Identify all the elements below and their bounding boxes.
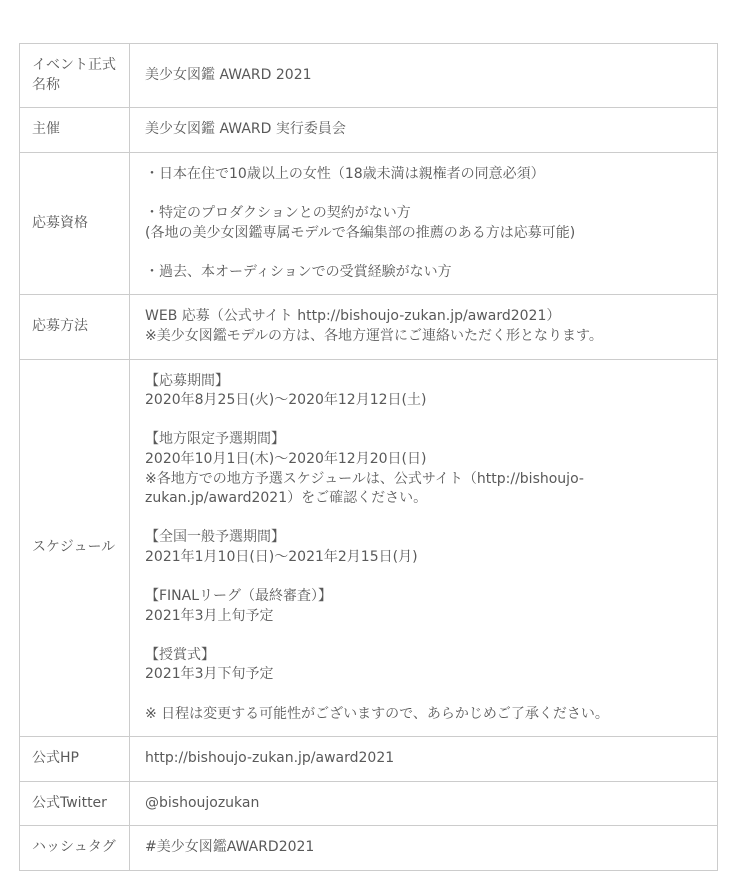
row-label-official-twitter: 公式Twitter	[20, 781, 130, 826]
row-value-official-twitter: @bishoujozukan	[130, 781, 718, 826]
table-row-hashtag: ハッシュタグ #美少女図鑑AWARD2021	[20, 826, 718, 871]
table-row-eligibility: 応募資格 ・日本在住で10歳以上の女性（18歳未満は親権者の同意必須） ・特定の…	[20, 152, 718, 295]
row-label-organizer: 主催	[20, 108, 130, 153]
page: イベント正式名称 美少女図鑑 AWARD 2021 主催 美少女図鑑 AWARD…	[0, 0, 740, 891]
row-value-schedule: 【応募期間】 2020年8月25日(火)～2020年12月12日(土) 【地方限…	[130, 359, 718, 737]
table-row-application-method: 応募方法 WEB 応募（公式サイト http://bishoujo-zukan.…	[20, 295, 718, 359]
table-row-official-hp: 公式HP http://bishoujo-zukan.jp/award2021	[20, 737, 718, 782]
table-row-event-name: イベント正式名称 美少女図鑑 AWARD 2021	[20, 44, 718, 108]
row-label-schedule: スケジュール	[20, 359, 130, 737]
row-label-application-method: 応募方法	[20, 295, 130, 359]
event-info-table: イベント正式名称 美少女図鑑 AWARD 2021 主催 美少女図鑑 AWARD…	[19, 43, 718, 871]
row-value-organizer: 美少女図鑑 AWARD 実行委員会	[130, 108, 718, 153]
table-row-schedule: スケジュール 【応募期間】 2020年8月25日(火)～2020年12月12日(…	[20, 359, 718, 737]
table-row-official-twitter: 公式Twitter @bishoujozukan	[20, 781, 718, 826]
row-label-hashtag: ハッシュタグ	[20, 826, 130, 871]
row-value-event-name: 美少女図鑑 AWARD 2021	[130, 44, 718, 108]
row-value-hashtag: #美少女図鑑AWARD2021	[130, 826, 718, 871]
row-label-official-hp: 公式HP	[20, 737, 130, 782]
table-row-organizer: 主催 美少女図鑑 AWARD 実行委員会	[20, 108, 718, 153]
row-label-eligibility: 応募資格	[20, 152, 130, 295]
row-value-application-method: WEB 応募（公式サイト http://bishoujo-zukan.jp/aw…	[130, 295, 718, 359]
row-value-official-hp: http://bishoujo-zukan.jp/award2021	[130, 737, 718, 782]
row-value-eligibility: ・日本在住で10歳以上の女性（18歳未満は親権者の同意必須） ・特定のプロダクシ…	[130, 152, 718, 295]
row-label-event-name: イベント正式名称	[20, 44, 130, 108]
